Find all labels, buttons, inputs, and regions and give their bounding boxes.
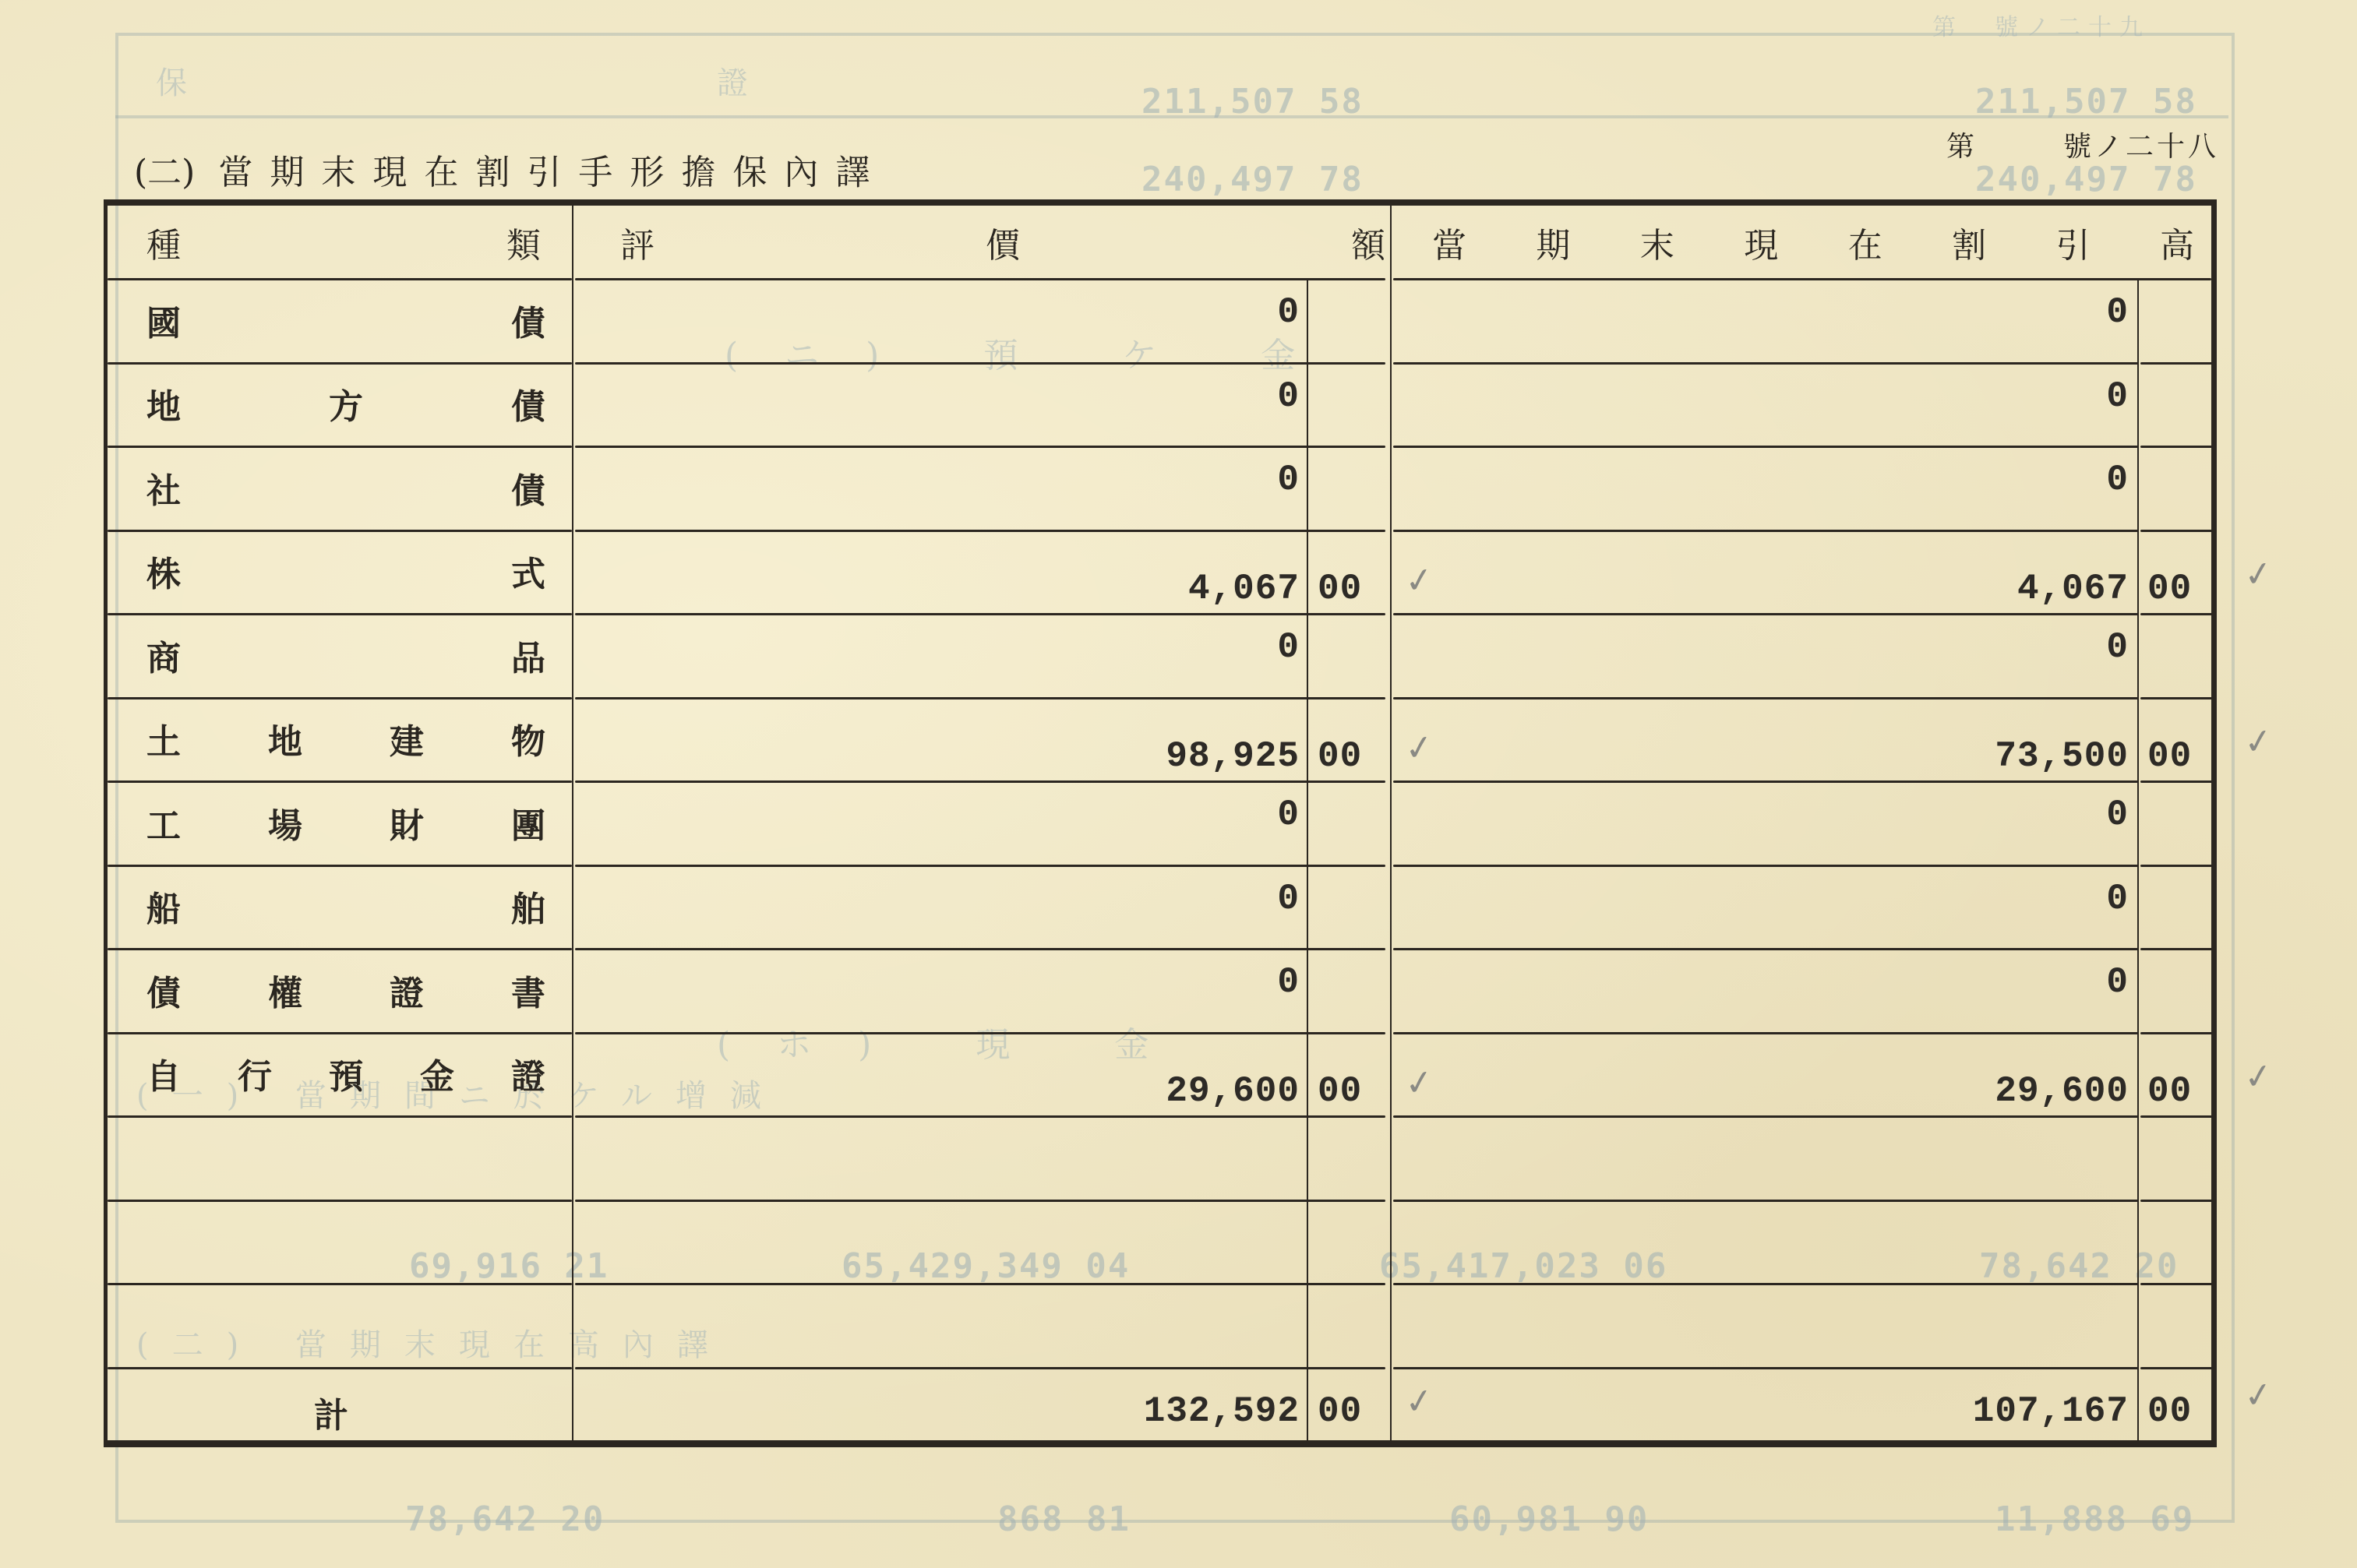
row-rule xyxy=(1393,1032,2138,1034)
discount-yen: 0 xyxy=(1791,795,2129,835)
row-label-char: 書 xyxy=(511,965,545,1015)
bleed-through-value: 11,888 69 xyxy=(1995,1499,2194,1539)
bleed-through-page-number: 第 號ノ二十九 xyxy=(1932,8,2151,42)
row-label-char: 土 xyxy=(146,714,181,763)
header-char: 期 xyxy=(1536,217,1570,267)
valuation-yen: 0 xyxy=(965,795,1300,835)
header-char: 額 xyxy=(1351,217,1385,267)
margin-check-mark: ✓ xyxy=(2242,720,2276,763)
row-rule xyxy=(1393,1115,2138,1118)
valuation-yen: 0 xyxy=(965,962,1300,1002)
row-label-char: 債 xyxy=(511,295,545,345)
row-rule xyxy=(1393,1200,2138,1202)
row-rule xyxy=(575,446,1385,448)
row-label-char: 團 xyxy=(511,798,545,847)
row-label-char: 證 xyxy=(511,1048,545,1098)
valuation-yen: 0 xyxy=(965,460,1300,500)
page-number: 第號ノ二十八 xyxy=(1946,125,2219,164)
column-divider-valuation-sen xyxy=(1307,278,1308,1440)
discount-yen: 0 xyxy=(1791,879,2129,919)
margin-check-mark: ✓ xyxy=(2242,552,2276,596)
row-rule xyxy=(1393,362,2138,365)
row-label-char: 方 xyxy=(329,379,363,428)
row-label-char: 商 xyxy=(146,630,181,680)
row-label-char: 債 xyxy=(511,379,545,428)
bleed-through-value: 78,642 20 xyxy=(405,1499,605,1539)
section-title-text: 當期末現在割引手形擔保內譯 xyxy=(218,153,887,192)
row-rule xyxy=(2140,1032,2213,1034)
margin-check-mark: ✓ xyxy=(2242,1055,2276,1098)
row-label: 地方債 xyxy=(108,362,572,446)
header-discount: 當 期 末 現 在 割 引 高 xyxy=(1393,206,2210,278)
discount-yen: 0 xyxy=(1791,292,2129,333)
bleed-through-value: 60,981 90 xyxy=(1449,1499,1649,1539)
discount-yen: 4,067 xyxy=(1791,569,2129,609)
row-label-char: 場 xyxy=(268,798,302,847)
check-mark: ✓ xyxy=(1403,726,1437,770)
row-rule xyxy=(2140,1200,2213,1202)
row-rule xyxy=(1393,530,2138,532)
row-rule xyxy=(2140,1115,2213,1118)
row-rule xyxy=(575,1032,1385,1034)
row-rule xyxy=(2140,613,2213,615)
row-label: 國債 xyxy=(108,278,572,361)
check-mark: ✓ xyxy=(1403,558,1437,602)
discount-yen: 0 xyxy=(1791,627,2129,668)
total-discount-sen: 00 xyxy=(2147,1391,2192,1432)
row-rule xyxy=(575,530,1385,532)
row-label-char: 建 xyxy=(390,714,424,763)
row-label: 債權證書 xyxy=(108,948,572,1031)
row-rule xyxy=(2140,865,2213,867)
row-rule xyxy=(2140,362,2213,365)
valuation-sen: 00 xyxy=(1318,1071,1362,1112)
row-rule xyxy=(1393,865,2138,867)
header-char: 在 xyxy=(1848,217,1882,267)
row-rule xyxy=(2140,948,2213,950)
row-label-char: 自 xyxy=(146,1048,181,1098)
row-label-char: 地 xyxy=(146,379,181,428)
row-rule xyxy=(1393,446,2138,448)
row-rule xyxy=(575,1115,1385,1118)
row-rule xyxy=(1393,1283,2138,1285)
row-rule xyxy=(1393,278,2211,280)
column-divider-type xyxy=(572,206,573,1440)
row-label-char: 舶 xyxy=(511,881,545,931)
row-label-char: 社 xyxy=(146,463,181,513)
discount-yen: 0 xyxy=(1791,376,2129,417)
row-rule xyxy=(2140,1283,2213,1285)
total-label: 計 xyxy=(314,1387,348,1437)
row-label-char: 金 xyxy=(420,1048,454,1098)
column-divider-discount-sen xyxy=(2137,278,2139,1440)
row-label-char: 國 xyxy=(146,295,181,345)
valuation-yen: 98,925 xyxy=(965,736,1300,777)
row-label: 自行預金證 xyxy=(108,1032,572,1115)
row-rule xyxy=(1393,1367,2138,1369)
discount-yen: 0 xyxy=(1791,962,2129,1002)
header-char: 價 xyxy=(986,217,1020,267)
discount-sen: 00 xyxy=(2147,569,2192,609)
valuation-sen: 00 xyxy=(1318,569,1362,609)
row-label-char: 株 xyxy=(146,546,181,596)
row-rule xyxy=(1393,613,2138,615)
bleed-through-label: 保 證 xyxy=(156,58,997,103)
check-mark: ✓ xyxy=(1403,1061,1437,1105)
page-number-prefix: 第 xyxy=(1946,125,1978,164)
header-char: 評 xyxy=(620,217,655,267)
page-number-suffix: 號ノ二十八 xyxy=(2063,125,2219,164)
row-rule xyxy=(2140,530,2213,532)
valuation-yen: 29,600 xyxy=(965,1071,1300,1112)
row-rule xyxy=(575,948,1385,950)
discount-sen: 00 xyxy=(2147,736,2192,777)
row-rule xyxy=(108,1115,572,1118)
row-label-char: 證 xyxy=(390,965,424,1015)
margin-check-mark: ✓ xyxy=(2242,1374,2276,1418)
row-rule xyxy=(1393,948,2138,950)
row-label: 商品 xyxy=(108,613,572,696)
row-rule xyxy=(2140,446,2213,448)
header-char: 現 xyxy=(1744,217,1778,267)
row-rule xyxy=(575,1283,1385,1285)
row-rule xyxy=(575,865,1385,867)
row-label-char: 船 xyxy=(146,881,181,931)
row-rule xyxy=(1393,780,2138,783)
row-rule xyxy=(575,613,1385,615)
row-label-char: 財 xyxy=(390,798,424,847)
total-valuation-sen: 00 xyxy=(1318,1391,1362,1432)
valuation-yen: 4,067 xyxy=(965,569,1300,609)
header-char: 割 xyxy=(1952,217,1986,267)
section-number: (二) xyxy=(134,153,195,192)
header-char: 末 xyxy=(1640,217,1674,267)
collateral-table: 種 類 評 價 額 當 期 末 現 在 割 引 高 國債00地方債00社債00株… xyxy=(104,199,2217,1447)
row-rule xyxy=(575,1367,1385,1369)
header-char: 當 xyxy=(1432,217,1466,267)
row-label: 船舶 xyxy=(108,865,572,948)
row-rule xyxy=(575,278,1385,280)
total-discount-yen: 107,167 xyxy=(1791,1391,2129,1432)
column-divider-discount xyxy=(1390,206,1392,1440)
row-label-char: 行 xyxy=(238,1048,272,1098)
row-rule xyxy=(2140,780,2213,783)
section-title: (二)當期末現在割引手形擔保內譯 xyxy=(134,144,887,194)
discount-sen: 00 xyxy=(2147,1071,2192,1112)
valuation-yen: 0 xyxy=(965,376,1300,417)
total-valuation-yen: 132,592 xyxy=(965,1391,1300,1432)
bleed-through-value: 211,507 58 xyxy=(1141,82,1364,122)
row-label-char: 權 xyxy=(268,965,302,1015)
discount-yen: 29,600 xyxy=(1791,1071,2129,1112)
total-check-mark: ✓ xyxy=(1403,1380,1437,1424)
row-rule xyxy=(108,1367,572,1369)
row-rule xyxy=(575,362,1385,365)
valuation-yen: 0 xyxy=(965,879,1300,919)
row-rule xyxy=(575,1200,1385,1202)
row-rule xyxy=(2140,697,2213,699)
row-rule xyxy=(108,1283,572,1285)
valuation-sen: 00 xyxy=(1318,736,1362,777)
discount-yen: 0 xyxy=(1791,460,2129,500)
header-char: 引 xyxy=(2056,217,2091,267)
bleed-through-value: 868 81 xyxy=(997,1499,1131,1539)
row-label-char: 物 xyxy=(511,714,545,763)
row-label: 工場財團 xyxy=(108,780,572,864)
row-rule xyxy=(1393,697,2138,699)
row-rule xyxy=(2140,1367,2213,1369)
row-rule xyxy=(575,780,1385,783)
row-label-char: 式 xyxy=(511,546,545,596)
bleed-through-value: 240,497 78 xyxy=(1141,160,1364,199)
row-rule xyxy=(575,697,1385,699)
bleed-through-value: 240,497 78 xyxy=(1975,160,2197,199)
header-char: 高 xyxy=(2160,217,2194,267)
row-rule xyxy=(108,1200,572,1202)
row-label: 土地建物 xyxy=(108,697,572,780)
header-valuation: 評 價 額 xyxy=(575,206,1385,278)
valuation-yen: 0 xyxy=(965,627,1300,668)
header-type: 種 類 xyxy=(108,206,572,278)
valuation-yen: 0 xyxy=(965,292,1300,333)
discount-yen: 73,500 xyxy=(1791,736,2129,777)
row-label-char: 債 xyxy=(146,965,181,1015)
row-label: 社債 xyxy=(108,446,572,529)
bleed-through-value: 211,507 58 xyxy=(1975,82,2197,122)
row-label-char: 預 xyxy=(329,1048,363,1098)
row-label: 株式 xyxy=(108,530,572,613)
row-label-char: 地 xyxy=(268,714,302,763)
row-label-char: 債 xyxy=(511,463,545,513)
row-label-char: 工 xyxy=(146,798,181,847)
header-char: 類 xyxy=(506,217,541,267)
header-char: 種 xyxy=(146,217,181,267)
row-label-char: 品 xyxy=(511,630,545,680)
